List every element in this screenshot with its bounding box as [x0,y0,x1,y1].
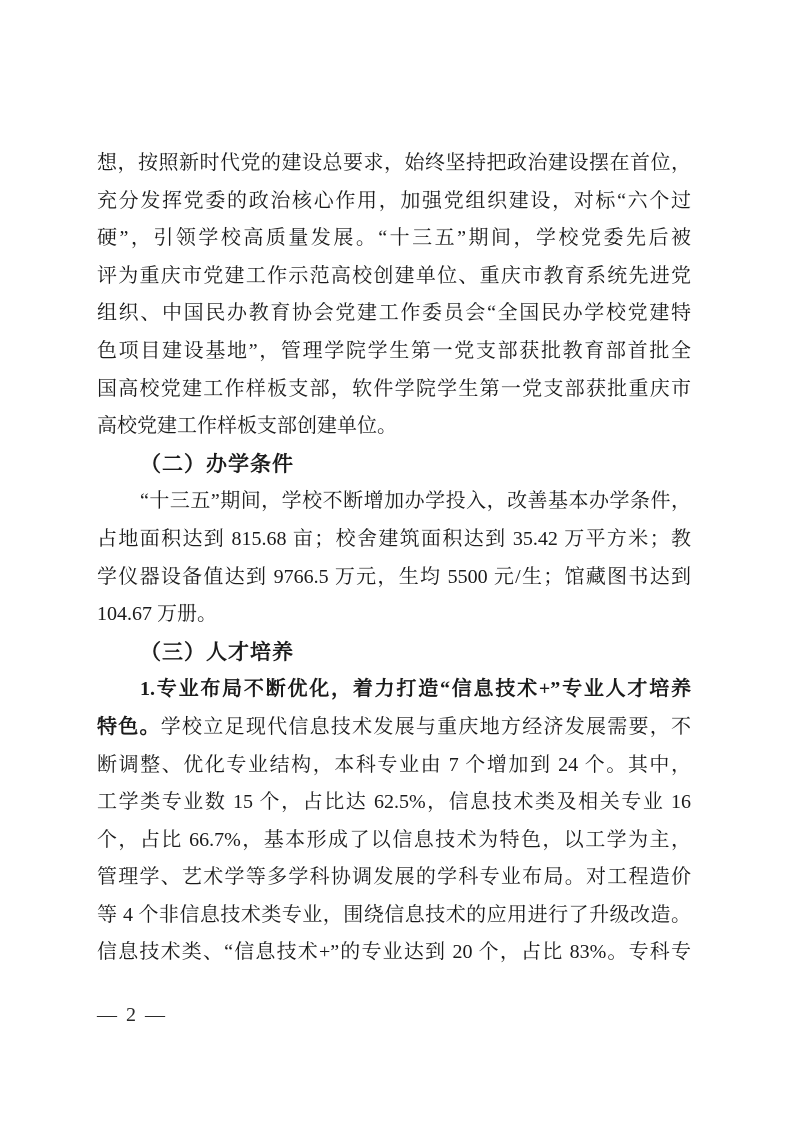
text-line: 高校党建工作样板支部创建单位。 [97,408,691,446]
bold-lead-text: 特色。 [97,716,161,738]
text-line: 充分发挥党委的政治核心作用，加强党组织建设，对标“六个过 [97,183,691,221]
text-line: 组织、中国民办教育协会党建工作委员会“全国民办学校党建特 [97,295,691,333]
text-line: 评为重庆市党建工作示范高校创建单位、重庆市教育系统先进党 [97,258,691,296]
page-number: — 2 — [97,1000,167,1030]
text-line: 管理学、艺术学等多学科协调发展的学科专业布局。对工程造价 [97,859,691,897]
text-line: 等 4 个非信息技术类专业，围绕信息技术的应用进行了升级改造。 [97,897,691,935]
document-page: 想，按照新时代党的建设总要求，始终坚持把政治建设摆在首位， 充分发挥党委的政治核… [0,0,793,1122]
section-heading-talent: （三）人才培养 [97,634,691,672]
text-line: 104.67 万册。 [97,596,691,634]
text-line: 断调整、优化专业结构，本科专业由 7 个增加到 24 个。其中， [97,747,691,785]
text-line: 国高校党建工作样板支部，软件学院学生第一党支部获批重庆市 [97,371,691,409]
text-line: 特色。学校立足现代信息技术发展与重庆地方经济发展需要，不 [97,709,691,747]
text-line: 个，占比 66.7%，基本形成了以信息技术为特色，以工学为主， [97,822,691,860]
subsection-heading-line: 1.专业布局不断优化，着力打造“信息技术+”专业人才培养 [97,671,691,709]
text-line: 信息技术类、“信息技术+”的专业达到 20 个，占比 83%。专科专 [97,934,691,972]
text-line: 色项目建设基地”，管理学院学生第一党支部获批教育部首批全 [97,333,691,371]
text-line: 占地面积达到 815.68 亩；校舍建筑面积达到 35.42 万平方米；教 [97,521,691,559]
text-line: 想，按照新时代党的建设总要求，始终坚持把政治建设摆在首位， [97,145,691,183]
section-heading-conditions: （二）办学条件 [97,446,691,484]
document-body: 想，按照新时代党的建设总要求，始终坚持把政治建设摆在首位， 充分发挥党委的政治核… [97,145,691,972]
text-line: 硬”，引领学校高质量发展。“十三五”期间，学校党委先后被 [97,220,691,258]
body-text: 学校立足现代信息技术发展与重庆地方经济发展需要，不 [161,716,691,738]
text-line: 工学类专业数 15 个，占比达 62.5%，信息技术类及相关专业 16 [97,784,691,822]
text-line: “十三五”期间，学校不断增加办学投入，改善基本办学条件， [97,483,691,521]
text-line: 学仪器设备值达到 9766.5 万元，生均 5500 元/生；馆藏图书达到 [97,559,691,597]
